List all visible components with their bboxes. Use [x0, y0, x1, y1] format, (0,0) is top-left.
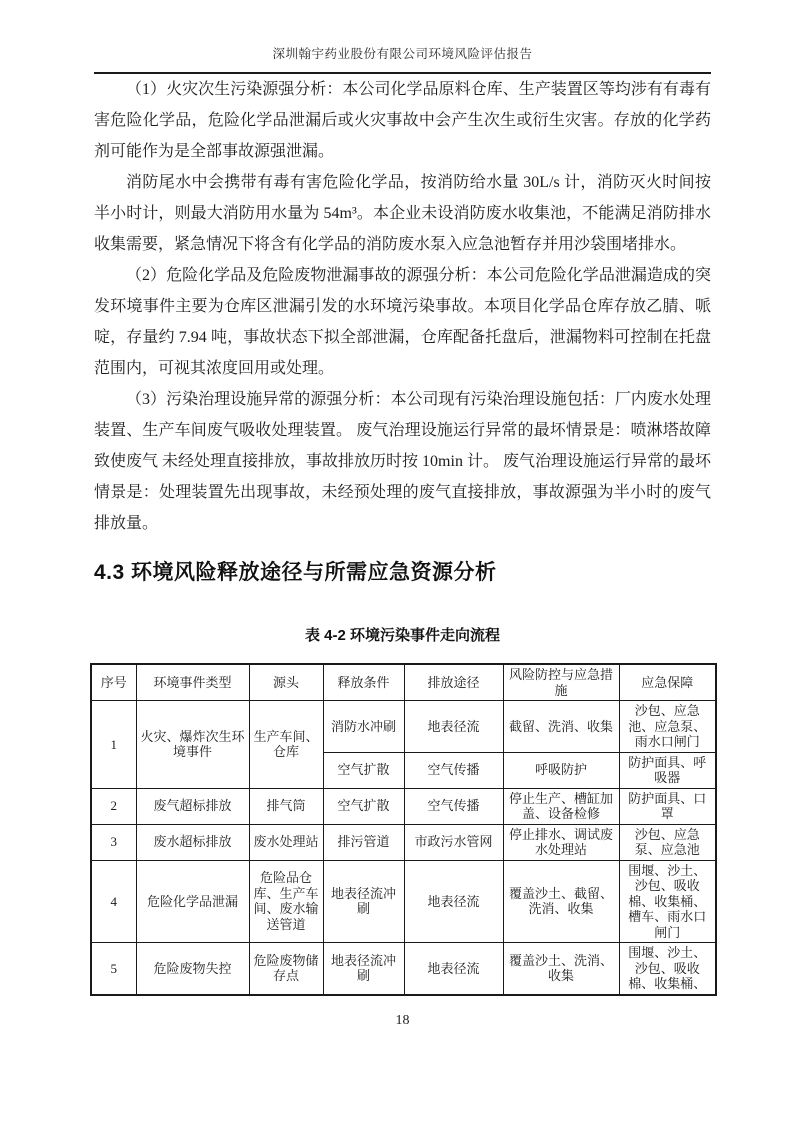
table-caption: 表 4-2 环境污染事件走向流程 — [94, 626, 711, 646]
table-row-5: 5 危险废物失控 危险废物储存点 地表径流冲刷 地表径流 覆盖沙土、洗消、收集 … — [91, 943, 716, 995]
cell-control: 覆盖沙土、洗消、收集 — [503, 943, 619, 995]
report-header-title: 深圳翰宇药业股份有限公司环境风险评估报告 — [272, 47, 532, 61]
cell-support: 沙包、应急池、应急泵、雨水口闸门 — [619, 701, 716, 753]
cell-path: 地表径流 — [404, 943, 503, 995]
cell-control: 停止排水、调试废水处理站 — [503, 824, 619, 860]
table-header-row: 序号 环境事件类型 源头 释放条件 排放途径 风险防控与应急措施 应急保障 — [91, 664, 716, 701]
cell-release: 地表径流冲刷 — [323, 943, 404, 995]
cell-support: 沙包、应急泵、应急池 — [619, 824, 716, 860]
paragraph-fire-source-analysis: （1）火灾次生污染源强分析：本公司化学品原料仓库、生产装置区等均涉有有毒有害危险… — [94, 74, 711, 167]
col-header-source: 源头 — [249, 664, 323, 701]
table-row-1a: 1 火灾、爆炸次生环境事件 生产车间、仓库 消防水冲刷 地表径流 截留、洗消、收… — [91, 701, 716, 753]
cell-event-type: 废水超标排放 — [136, 824, 249, 860]
table-row-2: 2 废气超标排放 排气筒 空气扩散 空气传播 停止生产、槽缸加盖、设备检修 防护… — [91, 788, 716, 824]
cell-event-type: 火灾、爆炸次生环境事件 — [136, 701, 249, 789]
table-row-3: 3 废水超标排放 废水处理站 排污管道 市政污水管网 停止排水、调试废水处理站 … — [91, 824, 716, 860]
cell-control: 呼吸防护 — [503, 752, 619, 788]
cell-path: 地表径流 — [404, 860, 503, 943]
cell-release: 地表径流冲刷 — [323, 860, 404, 943]
cell-control: 覆盖沙土、截留、洗消、收集 — [503, 860, 619, 943]
col-header-no: 序号 — [91, 664, 136, 701]
cell-source: 废水处理站 — [249, 824, 323, 860]
col-header-release-condition: 释放条件 — [323, 664, 404, 701]
pollution-event-flow-table: 序号 环境事件类型 源头 释放条件 排放途径 风险防控与应急措施 应急保障 1 … — [90, 663, 717, 996]
report-header: 深圳翰宇药业股份有限公司环境风险评估报告 — [94, 0, 711, 74]
document-page: 深圳翰宇药业股份有限公司环境风险评估报告 （1）火灾次生污染源强分析：本公司化学… — [0, 0, 800, 1131]
page-number: 18 — [94, 1012, 711, 1030]
cell-no: 2 — [91, 788, 136, 824]
cell-no: 4 — [91, 860, 136, 943]
table-row-4: 4 危险化学品泄漏 危险品仓库、生产车间、废水输送管道 地表径流冲刷 地表径流 … — [91, 860, 716, 943]
cell-release: 空气扩散 — [323, 788, 404, 824]
cell-no: 1 — [91, 701, 136, 789]
cell-source: 排气筒 — [249, 788, 323, 824]
cell-release: 排污管道 — [323, 824, 404, 860]
cell-control: 截留、洗消、收集 — [503, 701, 619, 753]
cell-release: 空气扩散 — [323, 752, 404, 788]
cell-source: 危险品仓库、生产车间、废水输送管道 — [249, 860, 323, 943]
cell-path: 地表径流 — [404, 701, 503, 753]
cell-support: 防护面具、呼吸器 — [619, 752, 716, 788]
cell-path: 空气传播 — [404, 752, 503, 788]
paragraph-chemical-leak-analysis: （2）危险化学品及危险废物泄漏事故的源强分析：本公司危险化学品泄漏造成的突发环境… — [94, 260, 711, 384]
page-content: （1）火灾次生污染源强分析：本公司化学品原料仓库、生产装置区等均涉有有毒有害危险… — [94, 74, 711, 1030]
cell-event-type: 危险化学品泄漏 — [136, 860, 249, 943]
cell-source: 危险废物储存点 — [249, 943, 323, 995]
col-header-discharge-path: 排放途径 — [404, 664, 503, 701]
section-heading-4-3: 4.3 环境风险释放途径与所需应急资源分析 — [94, 559, 711, 587]
cell-path: 空气传播 — [404, 788, 503, 824]
cell-support: 围堰、沙土、沙包、吸收棉、收集桶、槽车、雨水口闸门 — [619, 860, 716, 943]
cell-control: 停止生产、槽缸加盖、设备检修 — [503, 788, 619, 824]
cell-path: 市政污水管网 — [404, 824, 503, 860]
col-header-emergency-support: 应急保障 — [619, 664, 716, 701]
cell-release: 消防水冲刷 — [323, 701, 404, 753]
col-header-event-type: 环境事件类型 — [136, 664, 249, 701]
cell-event-type: 危险废物失控 — [136, 943, 249, 995]
cell-no: 3 — [91, 824, 136, 860]
cell-support: 围堰、沙土、沙包、吸收棉、收集桶、 — [619, 943, 716, 995]
paragraph-fire-water: 消防尾水中会携带有毒有害危险化学品，按消防给水量 30L/s 计，消防灭火时间按… — [94, 167, 711, 260]
cell-event-type: 废气超标排放 — [136, 788, 249, 824]
cell-no: 5 — [91, 943, 136, 995]
cell-source: 生产车间、仓库 — [249, 701, 323, 789]
col-header-control-measures: 风险防控与应急措施 — [503, 664, 619, 701]
paragraph-treatment-facility-analysis: （3）污染治理设施异常的源强分析：本公司现有污染治理设施包括：厂内废水处理装置、… — [94, 384, 711, 539]
cell-support: 防护面具、口罩 — [619, 788, 716, 824]
